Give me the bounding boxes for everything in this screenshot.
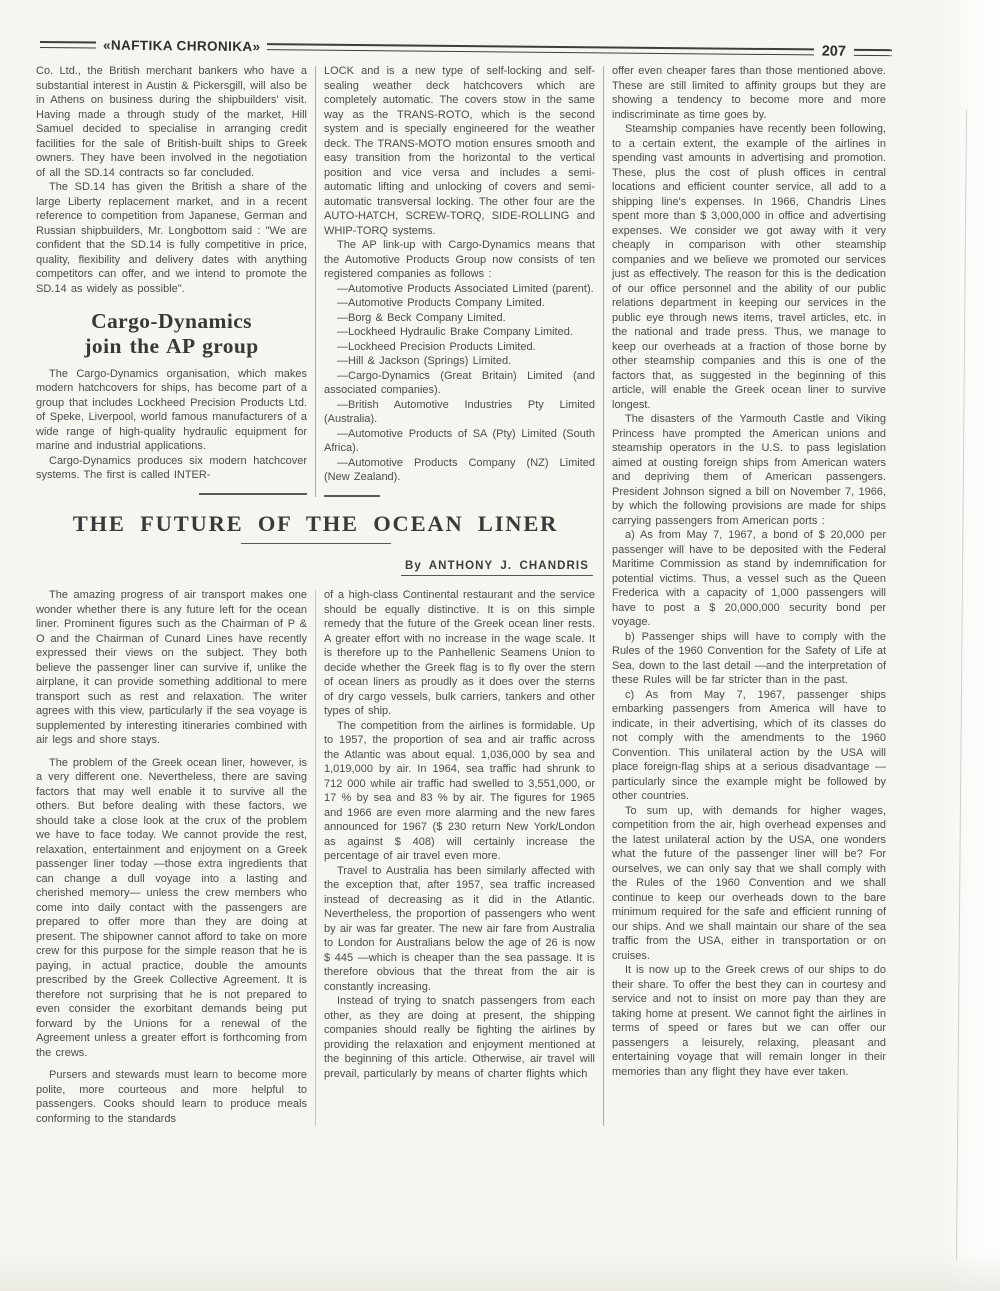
company-list-item: —British Automotive Industries Pty Limit… <box>324 398 595 427</box>
page-header: «NAFTIKA CHRONIKA» 207 <box>40 36 892 60</box>
paragraph: Pursers and stewards must learn to becom… <box>36 1068 307 1126</box>
company-list-item: —Cargo-Dynamics (Great Britain) Limited … <box>324 369 595 398</box>
paragraph: of a high-class Continental restaurant a… <box>324 588 595 719</box>
left-two-column-area: Co. Ltd., the British merchant bankers w… <box>36 64 595 1126</box>
header-rule-right <box>854 48 892 55</box>
paragraph-gap <box>36 748 307 756</box>
paragraph: The SD.14 has given the British a share … <box>36 180 307 296</box>
company-list-item: —Automotive Products of SA (Pty) Limited… <box>324 427 595 456</box>
paragraph: The amazing progress of air transport ma… <box>36 588 307 748</box>
headline-line-1: Cargo-Dynamics <box>91 309 252 333</box>
paragraph: It is now up to the Greek crews of our s… <box>612 963 886 1079</box>
section-end-rule <box>324 495 380 497</box>
column-divider <box>315 590 316 1126</box>
paragraph: The AP link-up with Cargo-Dynamics means… <box>324 238 595 282</box>
magazine-page: «NAFTIKA CHRONIKA» 207 Co. Ltd., the Bri… <box>0 0 1000 1291</box>
company-list-item: —Borg & Beck Company Limited. <box>324 311 595 326</box>
ocean-liner-article-header: THE FUTURE OF THE OCEAN LINER By ANTHONY… <box>36 511 595 575</box>
title-underline-rule <box>241 543 391 545</box>
company-list-item: —Lockheed Precision Products Limited. <box>324 340 595 355</box>
section-end-rule <box>199 493 307 495</box>
right-column: offer even cheaper fares than those ment… <box>612 64 886 1126</box>
byline-text: By ANTHONY J. CHANDRIS <box>401 560 593 576</box>
paragraph: LOCK and is a new type of self-locking a… <box>324 64 595 238</box>
top-middle-column: LOCK and is a new type of self-locking a… <box>324 64 595 497</box>
page-content: Co. Ltd., the British merchant bankers w… <box>36 64 886 1126</box>
header-rule-left <box>40 41 96 49</box>
company-list-item: —Automotive Products Company Limited. <box>324 296 595 311</box>
top-left-column: Co. Ltd., the British merchant bankers w… <box>36 64 307 497</box>
paragraph: Steamship companies have recently been f… <box>612 122 886 412</box>
paragraph: offer even cheaper fares than those ment… <box>612 64 886 122</box>
company-list-item: —Lockheed Hydraulic Brake Company Limite… <box>324 325 595 340</box>
feature-left-column: The amazing progress of air transport ma… <box>36 588 307 1126</box>
column-divider <box>603 66 604 1126</box>
paragraph: Co. Ltd., the British merchant bankers w… <box>36 64 307 180</box>
paragraph: b) Passenger ships will have to comply w… <box>612 630 886 688</box>
masthead: «NAFTIKA CHRONIKA» <box>103 37 261 54</box>
paragraph: c) As from May 7, 1967, passenger ships … <box>612 688 886 804</box>
paragraph: The competition from the airlines is for… <box>324 719 595 864</box>
page-number: 207 <box>822 44 846 60</box>
scan-page-edge-gradient <box>942 0 1000 1291</box>
paragraph-gap <box>36 1060 307 1068</box>
headline-line-2: join the AP group <box>84 334 258 358</box>
header-rule-middle <box>267 43 813 55</box>
paragraph: Instead of trying to snatch passengers f… <box>324 994 595 1081</box>
paragraph: The problem of the Greek ocean liner, ho… <box>36 756 307 1061</box>
paragraph: The disasters of the Yarmouth Castle and… <box>612 412 886 528</box>
scan-bottom-shadow <box>0 1251 1000 1291</box>
byline: By ANTHONY J. CHANDRIS <box>36 556 593 574</box>
company-list-item: —Automotive Products Associated Limited … <box>324 282 595 297</box>
paragraph: The Cargo-Dynamics organisation, which m… <box>36 367 307 454</box>
article-title: THE FUTURE OF THE OCEAN LINER <box>36 511 595 537</box>
paragraph: Cargo-Dynamics produces six modern hatch… <box>36 454 307 483</box>
paragraph: Travel to Australia has been similarly a… <box>324 864 595 995</box>
top-section: Co. Ltd., the British merchant bankers w… <box>36 64 595 497</box>
cargo-dynamics-headline: Cargo-Dynamicsjoin the AP group <box>36 309 307 360</box>
feature-middle-column: of a high-class Continental restaurant a… <box>324 588 595 1126</box>
company-list-item: —Hill & Jackson (Springs) Limited. <box>324 354 595 369</box>
bottom-section: The amazing progress of air transport ma… <box>36 588 595 1126</box>
column-divider <box>315 66 316 497</box>
paragraph: To sum up, with demands for higher wages… <box>612 804 886 964</box>
paragraph: a) As from May 7, 1967, a bond of $ 20,0… <box>612 528 886 630</box>
scan-page-edge-line <box>956 110 967 1260</box>
company-list-item: —Automotive Products Company (NZ) Limite… <box>324 456 595 485</box>
